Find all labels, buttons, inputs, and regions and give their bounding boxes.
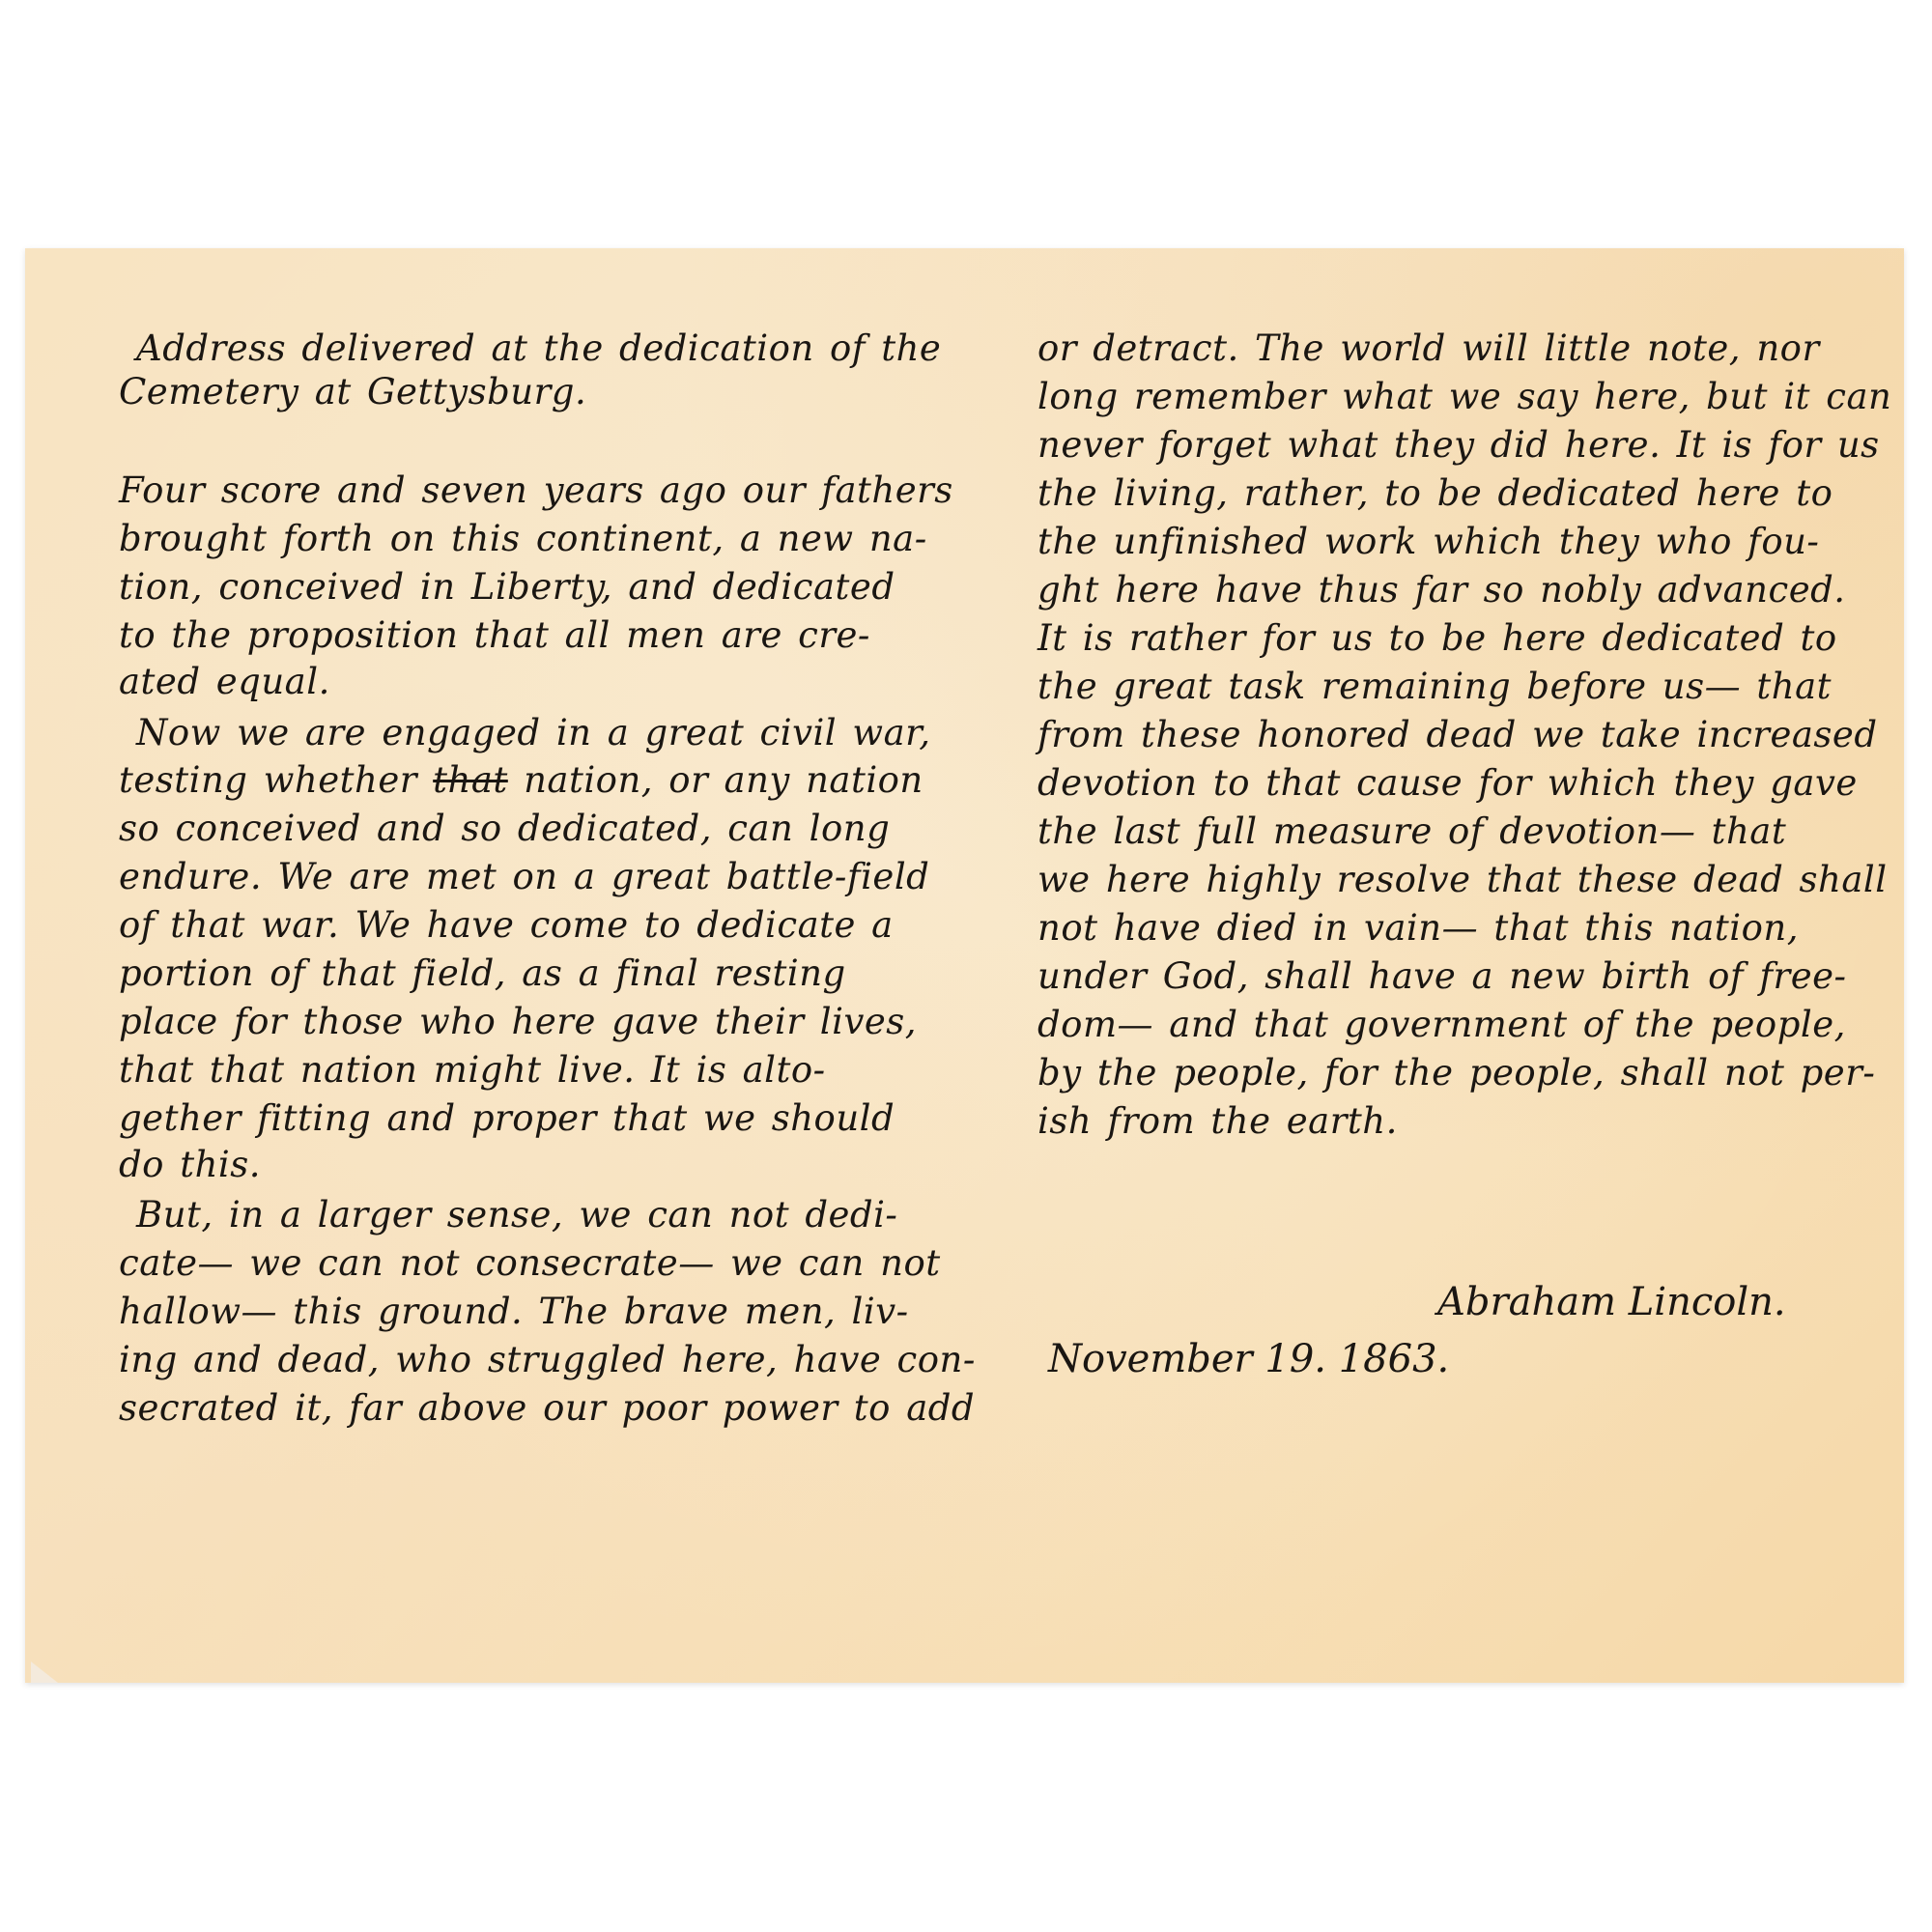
text-line: that that nation might live. It is alto- [119, 1047, 826, 1094]
text-line: not have died in vain— that this nation, [1037, 905, 1799, 952]
text-line: endure. We are met on a great battle-fie… [119, 854, 929, 900]
text-line: do this. [119, 1142, 261, 1188]
document-paper: Address delivered at the dedication of t… [25, 248, 1904, 1683]
text-line: never forget what they did here. It is f… [1037, 422, 1880, 469]
text-line: tion, conceived in Liberty, and dedicate… [119, 564, 895, 611]
text-line: dom— and that government of the people, [1037, 1002, 1846, 1048]
text-line-with-strikethrough: testing whether that nation, or any nati… [119, 757, 923, 804]
text-line: of that war. We have come to dedicate a [119, 902, 894, 949]
text-line: from these honored dead we take increase… [1037, 712, 1878, 758]
text-line: But, in a larger sense, we can not dedi- [136, 1192, 897, 1238]
text-segment: nation, or any nation [508, 759, 923, 801]
text-line: secrated it, far above our poor power to… [119, 1385, 975, 1432]
text-line: portion of that field, as a final restin… [119, 951, 846, 997]
text-line: cate— we can not consecrate— we can not [119, 1240, 941, 1287]
text-line: Now we are engaged in a great civil war, [136, 710, 931, 756]
text-line: under God, shall have a new birth of fre… [1037, 953, 1847, 1000]
signature: Abraham Lincoln. [1437, 1280, 1786, 1324]
text-line: ing and dead, who struggled here, have c… [119, 1337, 976, 1383]
text-line: ish from the earth. [1037, 1098, 1398, 1145]
text-line: place for those who here gave their live… [119, 999, 917, 1045]
text-line: devotion to that cause for which they ga… [1037, 760, 1858, 807]
text-line: we here highly resolve that these dead s… [1037, 857, 1888, 903]
text-line: the last full measure of devotion— that [1037, 809, 1786, 855]
text-segment: testing whether [119, 759, 433, 801]
text-line: gether fitting and proper that we should [119, 1095, 895, 1142]
text-line: ated equal. [119, 659, 330, 705]
text-line: to the proposition that all men are cre- [119, 612, 870, 659]
text-line: Four score and seven years ago our fathe… [119, 468, 953, 514]
text-line: brought forth on this continent, a new n… [119, 516, 927, 562]
text-line: the living, rather, to be dedicated here… [1037, 470, 1833, 517]
paper-corner-wear [31, 1662, 58, 1683]
text-line: or detract. The world will little note, … [1037, 326, 1820, 372]
text-line: by the people, for the people, shall not… [1037, 1050, 1875, 1096]
text-line: the unfinished work which they who fou- [1037, 519, 1819, 565]
text-line: It is rather for us to be here dedicated… [1037, 615, 1837, 662]
title-line-1: Address delivered at the dedication of t… [136, 326, 941, 372]
text-line: the great task remaining before us— that [1037, 664, 1832, 710]
text-line: so conceived and so dedicated, can long [119, 806, 890, 852]
title-line-2: Cemetery at Gettysburg. [119, 369, 586, 415]
struck-word: that [433, 759, 508, 801]
text-line: ght here have thus far so nobly advanced… [1037, 567, 1846, 613]
text-line: long remember what we say here, but it c… [1037, 374, 1891, 420]
text-line: hallow— this ground. The brave men, liv- [119, 1289, 909, 1335]
date-line: November 19. 1863. [1048, 1337, 1449, 1381]
